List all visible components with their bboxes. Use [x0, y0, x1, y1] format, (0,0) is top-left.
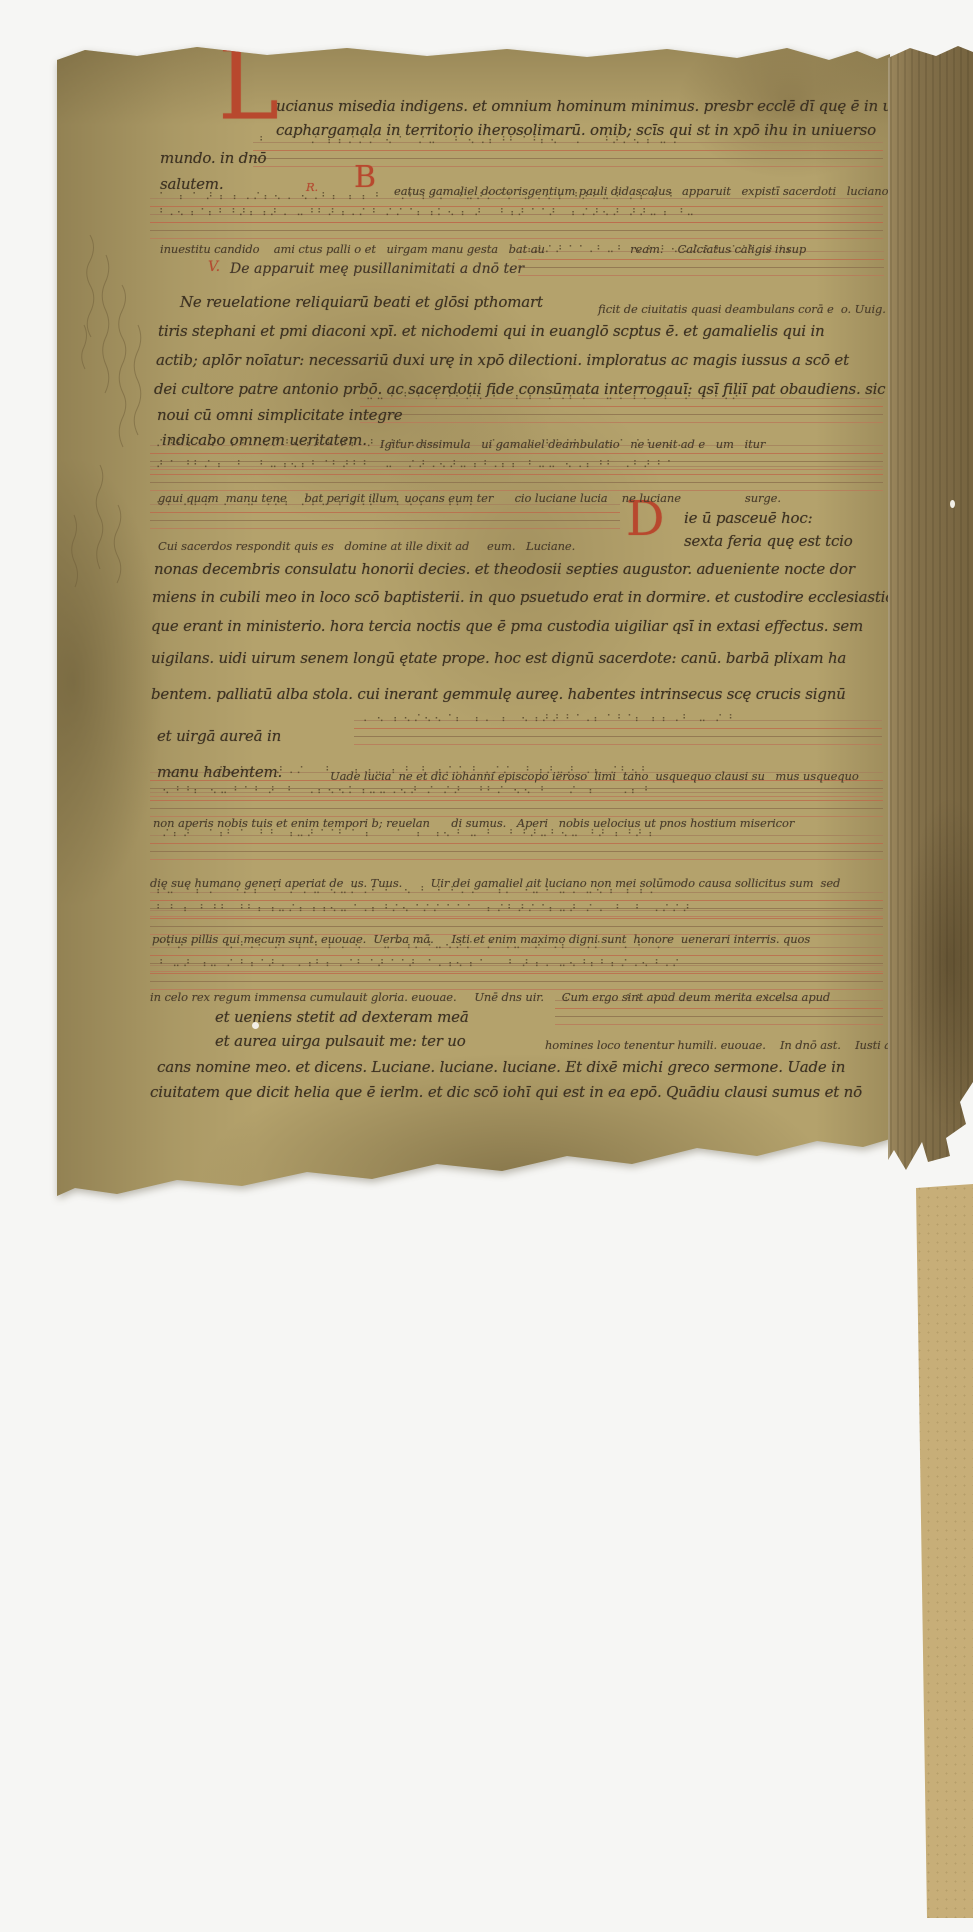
latin-text: indicabo omnem ueritatem. — [162, 431, 367, 449]
chant-text: gaui quam manu tene bat perigit illum uo… — [158, 491, 781, 505]
music-staff: ⠠ ⠢ ⠆⠢⠌⠢⠢⠈⠆ ⠰⠠ ⠰ ⠢⠰⠜⠜⠘⠈⠠⠆⠈⠘⠈⠆ ⠆⠆⠠⠃ ⠤ ⠌⠘ — [354, 718, 882, 746]
latin-text: actib; aplōr noīatur: necessariū duxi ur… — [156, 351, 849, 369]
text-line: actib; aplōr noīatur: necessariū duxi ur… — [156, 350, 849, 369]
text-line: Igitur dissimula ui gamaliel deambulatio… — [380, 433, 765, 452]
music-staff: ⠤⠤⠘ ⠃⠘⠈⠆⠘⠃⠜⠢ ⠃ ⠆⠰ ⠌⠠⠆⠠⠈ ⠤⠠ ⠆⠌⠈⠆⠈⠜ ⠆⠘⠢⠜ — [360, 396, 883, 424]
initial-B: B — [354, 164, 376, 191]
text-line: dei cultore patre antonio prbō. ac sacer… — [154, 379, 916, 398]
white-fleck — [950, 500, 955, 508]
binding-edge — [888, 42, 973, 1192]
text-line: miens in cubili meo in loco scō baptiste… — [152, 587, 902, 606]
latin-text: ciuitatem que dicit helia que ē ierlm. e… — [150, 1083, 862, 1101]
text-line: ie ū pasceuē hoc: — [684, 508, 812, 527]
latin-text: nonas decembris consulatu honorii decies… — [154, 560, 855, 578]
neume-notation: ⠘ ⠤⠜ ⠰⠤ ⠌⠘⠰⠈⠜⠠ ⠠⠰⠃⠆⠠⠈⠃⠈⠜⠈⠈⠜ ⠈⠠⠰⠢⠰⠈ ⠘ ⠜⠰⠠… — [156, 959, 689, 970]
text-line: dię suę humano generi aperiat de us. Tuu… — [150, 872, 840, 891]
latin-text: ie ū pasceuē hoc: — [684, 509, 812, 527]
text-line: bentem. palliatū alba stola. cui inerant… — [151, 684, 846, 703]
chant-text: in celo rex regum immensa cumulauit glor… — [150, 990, 830, 1004]
text-line: noui cū omni simplicitate integre — [157, 405, 402, 424]
text-line: que erant in ministerio. hora tercia noc… — [151, 616, 863, 635]
versicle-mark: V. — [208, 259, 220, 275]
rubric-mark: R. — [306, 176, 318, 195]
text-line: Ne reuelatione reliquiarū beati et glōsi… — [180, 292, 543, 311]
neume-notation: ⠘⠠⠢⠰⠈⠆⠃⠘⠜⠆⠰⠜⠠ ⠤⠘⠃⠜⠰⠠⠌⠘ ⠌⠌⠈⠆⠰⠅⠢⠰ ⠜ ⠘⠰⠜⠈⠈⠜… — [156, 208, 697, 219]
rubric-mark: V. — [208, 256, 220, 276]
neume-notation: ⠠ ⠢ ⠆⠢⠌⠢⠢⠈⠆ ⠰⠠ ⠰ ⠢⠰⠜⠜⠘⠈⠠⠆⠈⠘⠈⠆ ⠆⠆⠠⠃ ⠤ ⠌⠘ — [360, 714, 736, 725]
text-line: potius pillis qui mecum sunt. euouae. Ue… — [152, 928, 810, 947]
latin-text: ucianus misedia indigens. et omnium homi… — [276, 97, 915, 115]
text-line: sexta feria quę est tcio — [684, 531, 853, 550]
text-line: et uirgā aureā in — [157, 726, 281, 745]
marginalia-scribbles — [60, 215, 170, 645]
text-line: inuestitu candido ami ctus palli o et ui… — [160, 238, 806, 257]
text-line: De apparuit meę pusillanimitati a dnō te… — [230, 258, 524, 278]
neume-notation: ⠃⠘ ⠆ ⠃⠘⠃ ⠘⠃⠆⠰⠤⠌⠆⠰⠰⠢⠤⠈⠠⠆⠘⠌⠢⠈⠌⠌⠈⠈⠈ ⠆⠌⠃⠜⠌⠈⠆… — [156, 904, 693, 915]
chant-text: eatus gamaliel doctorisgentium pauli did… — [394, 184, 888, 198]
neume-notation: ⠜⠈ ⠘⠃⠌⠰ ⠃ ⠃⠤⠰⠢⠆⠃⠈⠃⠜⠃⠃ ⠤ ⠌⠜⠠⠢⠜⠤⠰⠘⠠⠆⠆ ⠃⠤⠤ … — [156, 460, 680, 471]
manuscript-photo: ⠃ ⠈ ⠌ ⠆⠆⠌⠌⠌ ⠢⠈ ⠌⠤ ⠘ ⠢⠠⠆⠘⠃⠈⠘⠆⠢ ⠠ ⠘⠜⠌⠢⠰ ⠤⠠… — [0, 0, 973, 1932]
chant-text: ficit de ciuitatis quasi deambulans corā… — [598, 302, 886, 316]
chant-text: inuestitu candido ami ctus palli o et ui… — [160, 242, 806, 256]
text-line: et aurea uirga pulsauit me: ter uo — [215, 1031, 466, 1050]
latin-text: De apparuit meę pusillanimitati a dnō te… — [230, 261, 524, 277]
chant-text: homines loco tenentur humili. euouae. In… — [545, 1038, 931, 1052]
music-staff: ⠘⠠⠢⠰⠈⠆⠃⠘⠜⠆⠰⠜⠠ ⠤⠘⠃⠜⠰⠠⠌⠘ ⠌⠌⠈⠆⠰⠅⠢⠰ ⠜ ⠘⠰⠜⠈⠈⠜… — [150, 212, 883, 240]
text-line: in celo rex regum immensa cumulauit glor… — [150, 986, 830, 1005]
initial-L: L — [218, 41, 279, 130]
latin-text: sexta feria quę est tcio — [684, 532, 853, 550]
latin-text: Ne reuelatione reliquiarū beati et glōsi… — [180, 293, 543, 311]
text-line: Cui sacerdos respondit quis es domine at… — [158, 535, 575, 554]
text-line: nonas decembris consulatu honorii decies… — [154, 559, 855, 578]
text-line: ucianus misedia indigens. et omnium homi… — [276, 96, 915, 115]
chant-text: Uade lucia ne et dic iohanni episcopo ie… — [330, 769, 859, 783]
backing-board — [906, 1184, 973, 1918]
text-line: ciuitatem que dicit helia que ē ierlm. e… — [150, 1082, 862, 1101]
latin-text: miens in cubili meo in loco scō baptiste… — [152, 588, 902, 606]
text-line: homines loco tenentur humili. euouae. In… — [545, 1034, 931, 1053]
responsory-mark: R. — [306, 180, 318, 194]
text-line: cans nomine meo. et dicens. Luciane. luc… — [157, 1057, 845, 1076]
latin-text: bentem. palliatū alba stola. cui inerant… — [151, 685, 846, 703]
latin-text: tiris stephani et pmi diaconi xpī. et ni… — [158, 322, 825, 340]
text-line: manu habentem. — [157, 762, 282, 781]
latin-text: manu habentem. — [157, 763, 282, 781]
latin-text: salutem. — [160, 175, 223, 193]
text-line: Uade lucia ne et dic iohanni episcopo ie… — [330, 765, 859, 784]
chant-text: dię suę humano generi aperiat de us. Tuu… — [150, 876, 840, 890]
latin-text: uigilans. uidi uirum senem longū ętate p… — [151, 649, 846, 667]
chant-text: Igitur dissimula ui gamaliel deambulatio… — [380, 437, 765, 451]
latin-text: et aurea uirga pulsauit me: ter uo — [215, 1032, 466, 1050]
latin-text: noui cū omni simplicitate integre — [157, 406, 402, 424]
latin-text: cans nomine meo. et dicens. Luciane. luc… — [157, 1058, 845, 1076]
latin-text: dei cultore patre antonio prbō. ac sacer… — [154, 380, 916, 398]
chant-text: potius pillis qui mecum sunt. euouae. Ue… — [152, 932, 810, 946]
white-fleck — [252, 1022, 259, 1029]
latin-text: caphargamala in territorio iherosolimarū… — [276, 121, 876, 139]
chant-text: non aperis nobis tuis et enim tempori b;… — [153, 816, 794, 830]
text-line: salutem. — [160, 174, 223, 193]
text-line: tiris stephani et pmi diaconi xpī. et ni… — [158, 321, 825, 340]
music-staff: ⠃ ⠈ ⠌ ⠆⠆⠌⠌⠌ ⠢⠈ ⠌⠤ ⠘ ⠢⠠⠆⠘⠃⠈⠘⠆⠢ ⠠ ⠘⠜⠌⠢⠰ ⠤⠠ — [253, 140, 883, 168]
text-line: mundo. in dnō — [160, 148, 266, 167]
chant-text: Cui sacerdos respondit quis es domine at… — [158, 539, 575, 553]
text-line: uigilans. uidi uirum senem longū ętate p… — [151, 648, 846, 667]
parchment-leaf: ⠃ ⠈ ⠌ ⠆⠆⠌⠌⠌ ⠢⠈ ⠌⠤ ⠘ ⠢⠠⠆⠘⠃⠈⠘⠆⠢ ⠠ ⠘⠜⠌⠢⠰ ⠤⠠… — [57, 44, 890, 1204]
latin-text: que erant in ministerio. hora tercia noc… — [151, 617, 863, 635]
music-staff: ⠌⠆⠜ ⠈⠰⠃⠈ ⠃⠃ ⠰⠤⠜⠈⠈⠃⠈ ⠆ ⠈ ⠆ ⠰⠢⠘ ⠤ ⠃ ⠃⠘⠜⠤⠃⠢… — [150, 833, 883, 861]
latin-text: et uirgā aureā in — [157, 727, 281, 745]
text-line: indicabo omnem ueritatem. — [162, 430, 367, 449]
text-line: eatus gamaliel doctorisgentium pauli did… — [394, 180, 888, 199]
latin-text: mundo. in dnō — [160, 149, 266, 167]
text-line: caphargamala in territorio iherosolimarū… — [276, 120, 876, 139]
text-line: ficit de ciuitatis quasi deambulans corā… — [598, 298, 886, 317]
neume-notation: ⠢⠘⠘⠆ ⠢⠤⠘⠈⠘ ⠜ ⠘ ⠠⠆⠢⠢⠅⠰⠤⠤⠠⠢⠜ ⠌ ⠌⠜ ⠘⠃⠌ ⠢⠢ ⠃… — [156, 786, 651, 797]
music-staff: ⠢⠆ ⠜⠆⠜ ⠠ ⠈⠤ ⠠⠜⠆ ⠌⠆⠤ ⠆⠰⠠⠜⠘ ⠆⠢⠰ ⠰⠆⠠ — [150, 502, 620, 530]
text-line: non aperis nobis tuis et enim tempori b;… — [153, 812, 794, 831]
text-line: gaui quam manu tene bat perigit illum uo… — [158, 487, 781, 506]
